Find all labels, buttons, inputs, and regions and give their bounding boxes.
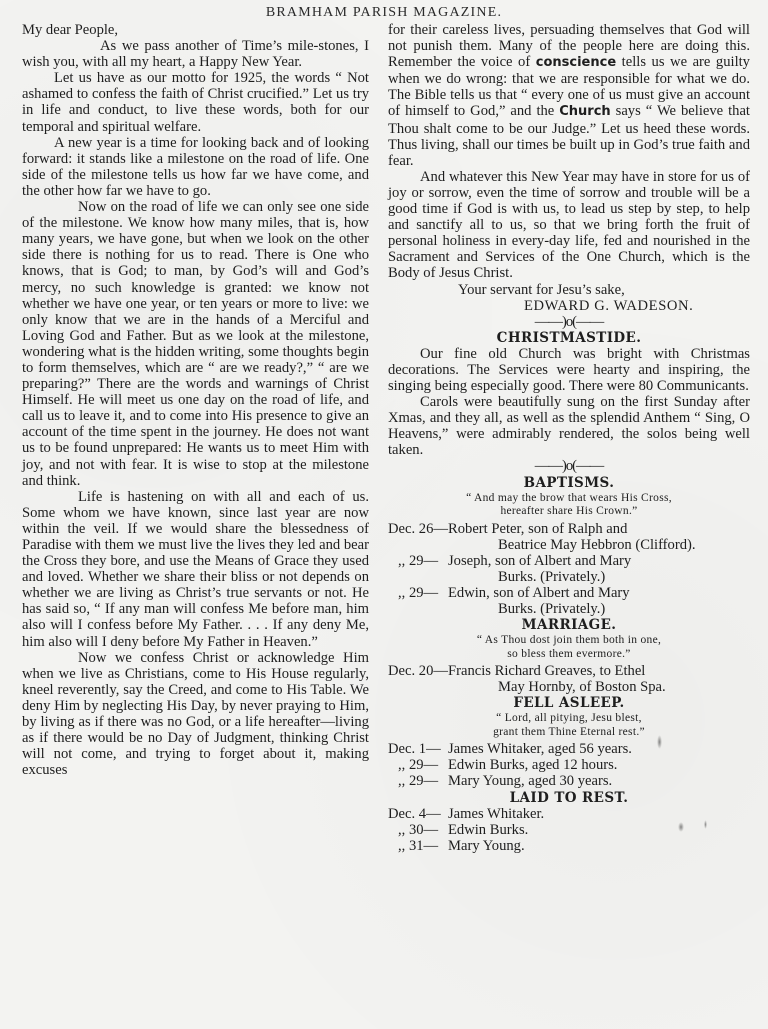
entry-line: Francis Richard Greaves, to Ethel bbox=[448, 663, 645, 679]
heading-christmastide: CHRISTMASTIDE. bbox=[388, 330, 750, 346]
entry-text: Robert Peter, son of Ralph and Beatrice … bbox=[448, 521, 750, 553]
entry-date: Dec. 20— bbox=[388, 663, 448, 695]
masthead-title: BRAMHAM PARISH MAGAZINE. bbox=[0, 5, 768, 21]
entry-date: Dec. 1— bbox=[388, 741, 448, 757]
letter-continuation: for their careless lives, persuading the… bbox=[388, 22, 750, 169]
entry-line: Robert Peter, son of Ralph and bbox=[448, 521, 627, 537]
verse-line: “ As Thou dost join them both in one, bbox=[388, 634, 750, 648]
entry-text: Francis Richard Greaves, to Ethel May Ho… bbox=[448, 663, 750, 695]
christmastide-paragraph: Our fine old Church was bright with Chri… bbox=[388, 346, 750, 394]
heading-marriage: MARRIAGE. bbox=[388, 617, 750, 633]
left-column: My dear People, As we pass another of Ti… bbox=[22, 22, 369, 778]
entry-date: ,, 30— bbox=[388, 822, 448, 838]
baptism-entry: Dec. 26— Robert Peter, son of Ralph and … bbox=[388, 521, 750, 553]
fell-asleep-verse: “ Lord, all pitying, Jesu blest, grant t… bbox=[388, 712, 750, 739]
letter-paragraph: Life is hastening on with all and each o… bbox=[22, 489, 369, 650]
heading-fell-asleep: FELL ASLEEP. bbox=[388, 695, 750, 711]
entry-line: Edwin, son of Albert and Mary bbox=[448, 585, 630, 601]
section-separator: ——)o(—— bbox=[388, 314, 750, 330]
laid-to-rest-entry: ,, 30— Edwin Burks. bbox=[388, 822, 750, 838]
letter-paragraph: Now on the road of life we can only see … bbox=[22, 199, 369, 489]
marriage-entry: Dec. 20— Francis Richard Greaves, to Eth… bbox=[388, 663, 750, 695]
ink-smudge bbox=[657, 735, 662, 749]
christmastide-paragraph: Carols were beautifully sung on the firs… bbox=[388, 394, 750, 458]
laid-to-rest-entry: ,, 31— Mary Young. bbox=[388, 838, 750, 854]
laid-to-rest-entry: Dec. 4— James Whitaker. bbox=[388, 806, 750, 822]
heading-laid-to-rest: LAID TO REST. bbox=[388, 790, 750, 806]
fell-asleep-entry: Dec. 1— James Whitaker, aged 56 years. bbox=[388, 741, 750, 757]
fell-asleep-entry: ,, 29— Edwin Burks, aged 12 hours. bbox=[388, 757, 750, 773]
ink-smudge bbox=[678, 822, 684, 832]
entry-line: Burks. (Privately.) bbox=[448, 569, 750, 585]
ink-smudge bbox=[704, 820, 707, 829]
heading-baptisms: BAPTISMS. bbox=[388, 475, 750, 491]
entry-date: Dec. 26— bbox=[388, 521, 448, 553]
verse-line: “ Lord, all pitying, Jesu blest, bbox=[388, 712, 750, 726]
entry-text: Edwin Burks, aged 12 hours. bbox=[448, 757, 750, 773]
fell-asleep-entry: ,, 29— Mary Young, aged 30 years. bbox=[388, 773, 750, 789]
entry-date: ,, 29— bbox=[388, 585, 448, 617]
baptism-entry: ,, 29— Joseph, son of Albert and Mary Bu… bbox=[388, 553, 750, 585]
entry-date: ,, 29— bbox=[388, 773, 448, 789]
letter-paragraph: A new year is a time for looking back an… bbox=[22, 135, 369, 199]
letter-closing-paragraph: And whatever this New Year may have in s… bbox=[388, 169, 750, 282]
verse-line: hereafter share His Crown.” bbox=[388, 505, 750, 519]
entry-date: ,, 29— bbox=[388, 553, 448, 585]
baptism-entry: ,, 29— Edwin, son of Albert and Mary Bur… bbox=[388, 585, 750, 617]
letter-paragraph: Let us have as our motto for 1925, the w… bbox=[22, 70, 369, 134]
letter-salutation: My dear People, bbox=[22, 22, 369, 38]
magazine-page: BRAMHAM PARISH MAGAZINE. My dear People,… bbox=[0, 0, 768, 1029]
letter-paragraph: Now we confess Christ or acknowledge Him… bbox=[22, 650, 369, 779]
marriage-verse: “ As Thou dost join them both in one, so… bbox=[388, 634, 750, 661]
right-column: for their careless lives, persuading the… bbox=[388, 22, 750, 854]
entry-date: ,, 31— bbox=[388, 838, 448, 854]
verse-line: “ And may the brow that wears His Cross, bbox=[388, 492, 750, 506]
entry-text: Mary Young, aged 30 years. bbox=[448, 773, 750, 789]
verse-line: so bless them evermore.” bbox=[388, 648, 750, 662]
letter-signature: EDWARD G. WADESON. bbox=[388, 298, 750, 314]
entry-text: Mary Young. bbox=[448, 838, 750, 854]
verse-line: grant them Thine Eternal rest.” bbox=[388, 726, 750, 740]
bold-word-conscience: conscience bbox=[536, 55, 616, 70]
entry-line: Beatrice May Hebbron (Clifford). bbox=[448, 537, 750, 553]
letter-signoff: Your servant for Jesu’s sake, bbox=[388, 282, 750, 298]
entry-line: May Hornby, of Boston Spa. bbox=[448, 679, 750, 695]
entry-text: Edwin, son of Albert and Mary Burks. (Pr… bbox=[448, 585, 750, 617]
baptisms-verse: “ And may the brow that wears His Cross,… bbox=[388, 492, 750, 519]
entry-line: Joseph, son of Albert and Mary bbox=[448, 553, 631, 569]
section-separator: ——)o(—— bbox=[388, 458, 750, 474]
entry-text: James Whitaker, aged 56 years. bbox=[448, 741, 750, 757]
entry-date: Dec. 4— bbox=[388, 806, 448, 822]
entry-line: Burks. (Privately.) bbox=[448, 601, 750, 617]
entry-text: Joseph, son of Albert and Mary Burks. (P… bbox=[448, 553, 750, 585]
letter-paragraph: As we pass another of Time’s mile-stones… bbox=[22, 38, 369, 70]
entry-date: ,, 29— bbox=[388, 757, 448, 773]
bold-word-church: Church bbox=[559, 104, 610, 119]
